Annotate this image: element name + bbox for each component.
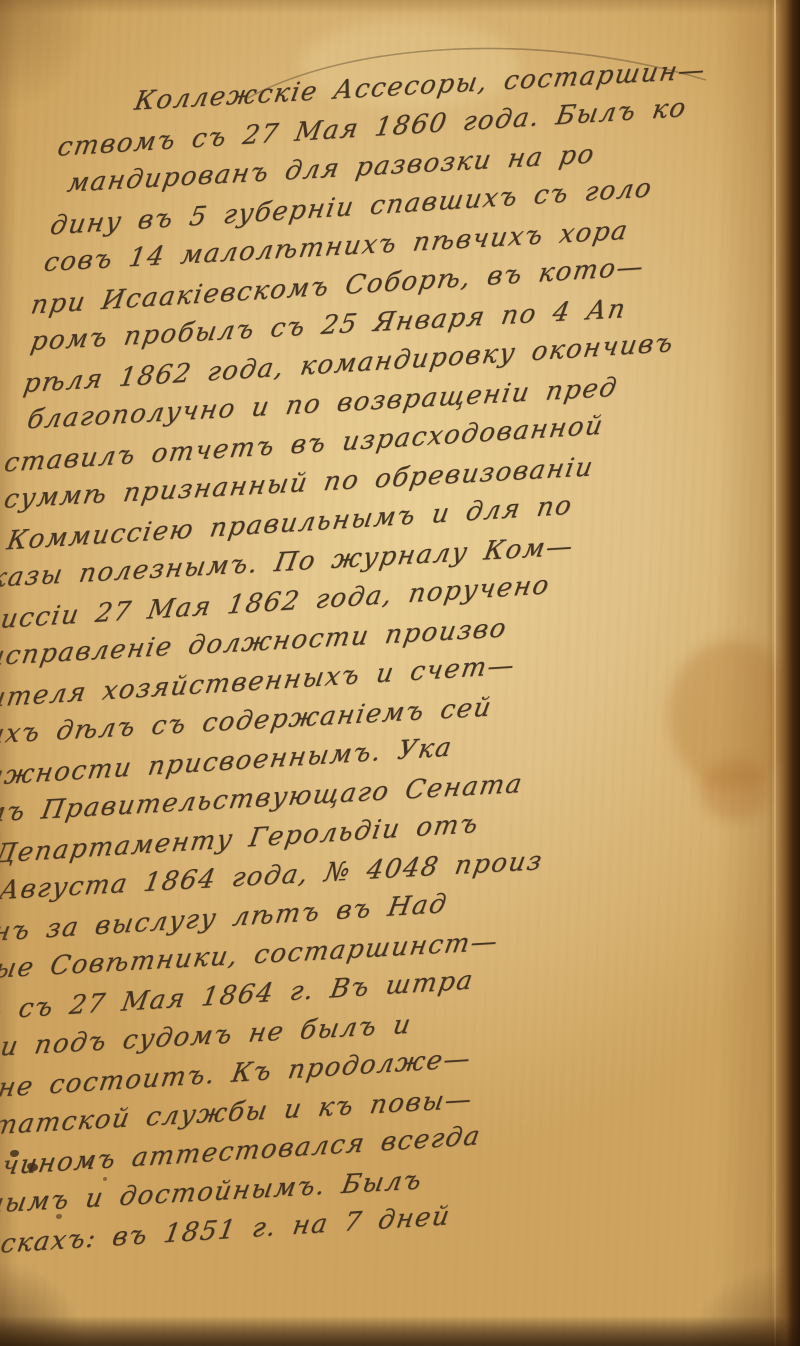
page-edge-shadow-bottom	[0, 1316, 800, 1346]
paper-stain	[668, 640, 798, 790]
manuscript-page: Коллежскіе Ассесоры, состаршин—ствомъ съ…	[0, 0, 800, 1346]
paper-stain	[700, 760, 770, 820]
page-edge-shadow-right	[766, 0, 800, 1346]
page-edge-highlight	[774, 0, 776, 1346]
manuscript-text: Коллежскіе Ассесоры, состаршин—ствомъ съ…	[0, 46, 763, 1271]
